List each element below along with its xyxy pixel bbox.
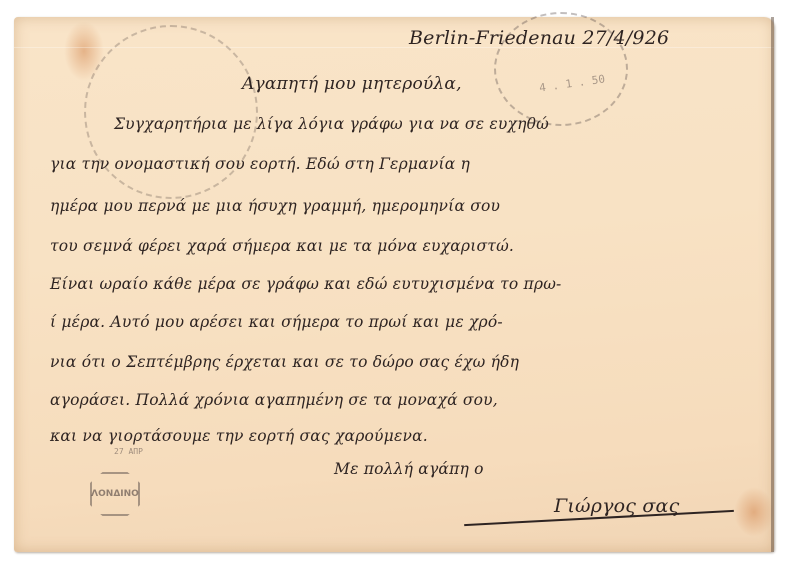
- body-line: Συγχαρητήρια με λίγα λόγια γράφω για να …: [114, 115, 549, 133]
- closing: Με πολλή αγάπη ο: [334, 460, 484, 478]
- side-stamp-octagon: ΛΟΝΔΙΝΟ: [90, 472, 140, 516]
- side-stamp-date: 27 ΑΠΡ: [114, 447, 143, 456]
- rust-stain: [734, 487, 774, 537]
- greeting: Αγαπητή μου μητερούλα,: [242, 74, 462, 94]
- body-line: ημέρα μου περνά με μια ήσυχη γραμμή, ημε…: [50, 197, 500, 215]
- body-line: για την ονομαστική σου εορτή. Εδώ στη Γε…: [50, 155, 470, 173]
- body-line: Είναι ωραίο κάθε μέρα σε γράφω και εδώ ε…: [50, 275, 562, 293]
- body-line: ί μέρα. Αυτό μου αρέσει και σήμερα το πρ…: [50, 313, 503, 331]
- place-date: Berlin-Friedenau 27/4/926: [409, 27, 669, 49]
- body-line: αγοράσει. Πολλά χρόνια αγαπημένη σε τα μ…: [50, 391, 498, 409]
- body-line: νια ότι ο Σεπτέμβρης έρχεται και σε το δ…: [50, 353, 519, 371]
- body-line: και να γιορτάσουμε την εορτή σας χαρούμε…: [50, 427, 428, 445]
- postcard: 4 . 1 . 50 27 ΑΠΡ ΛΟΝΔΙΝΟ Berlin-Frieden…: [14, 17, 774, 552]
- body-line: του σεμνά φέρει χαρά σήμερα και με τα μό…: [50, 237, 514, 255]
